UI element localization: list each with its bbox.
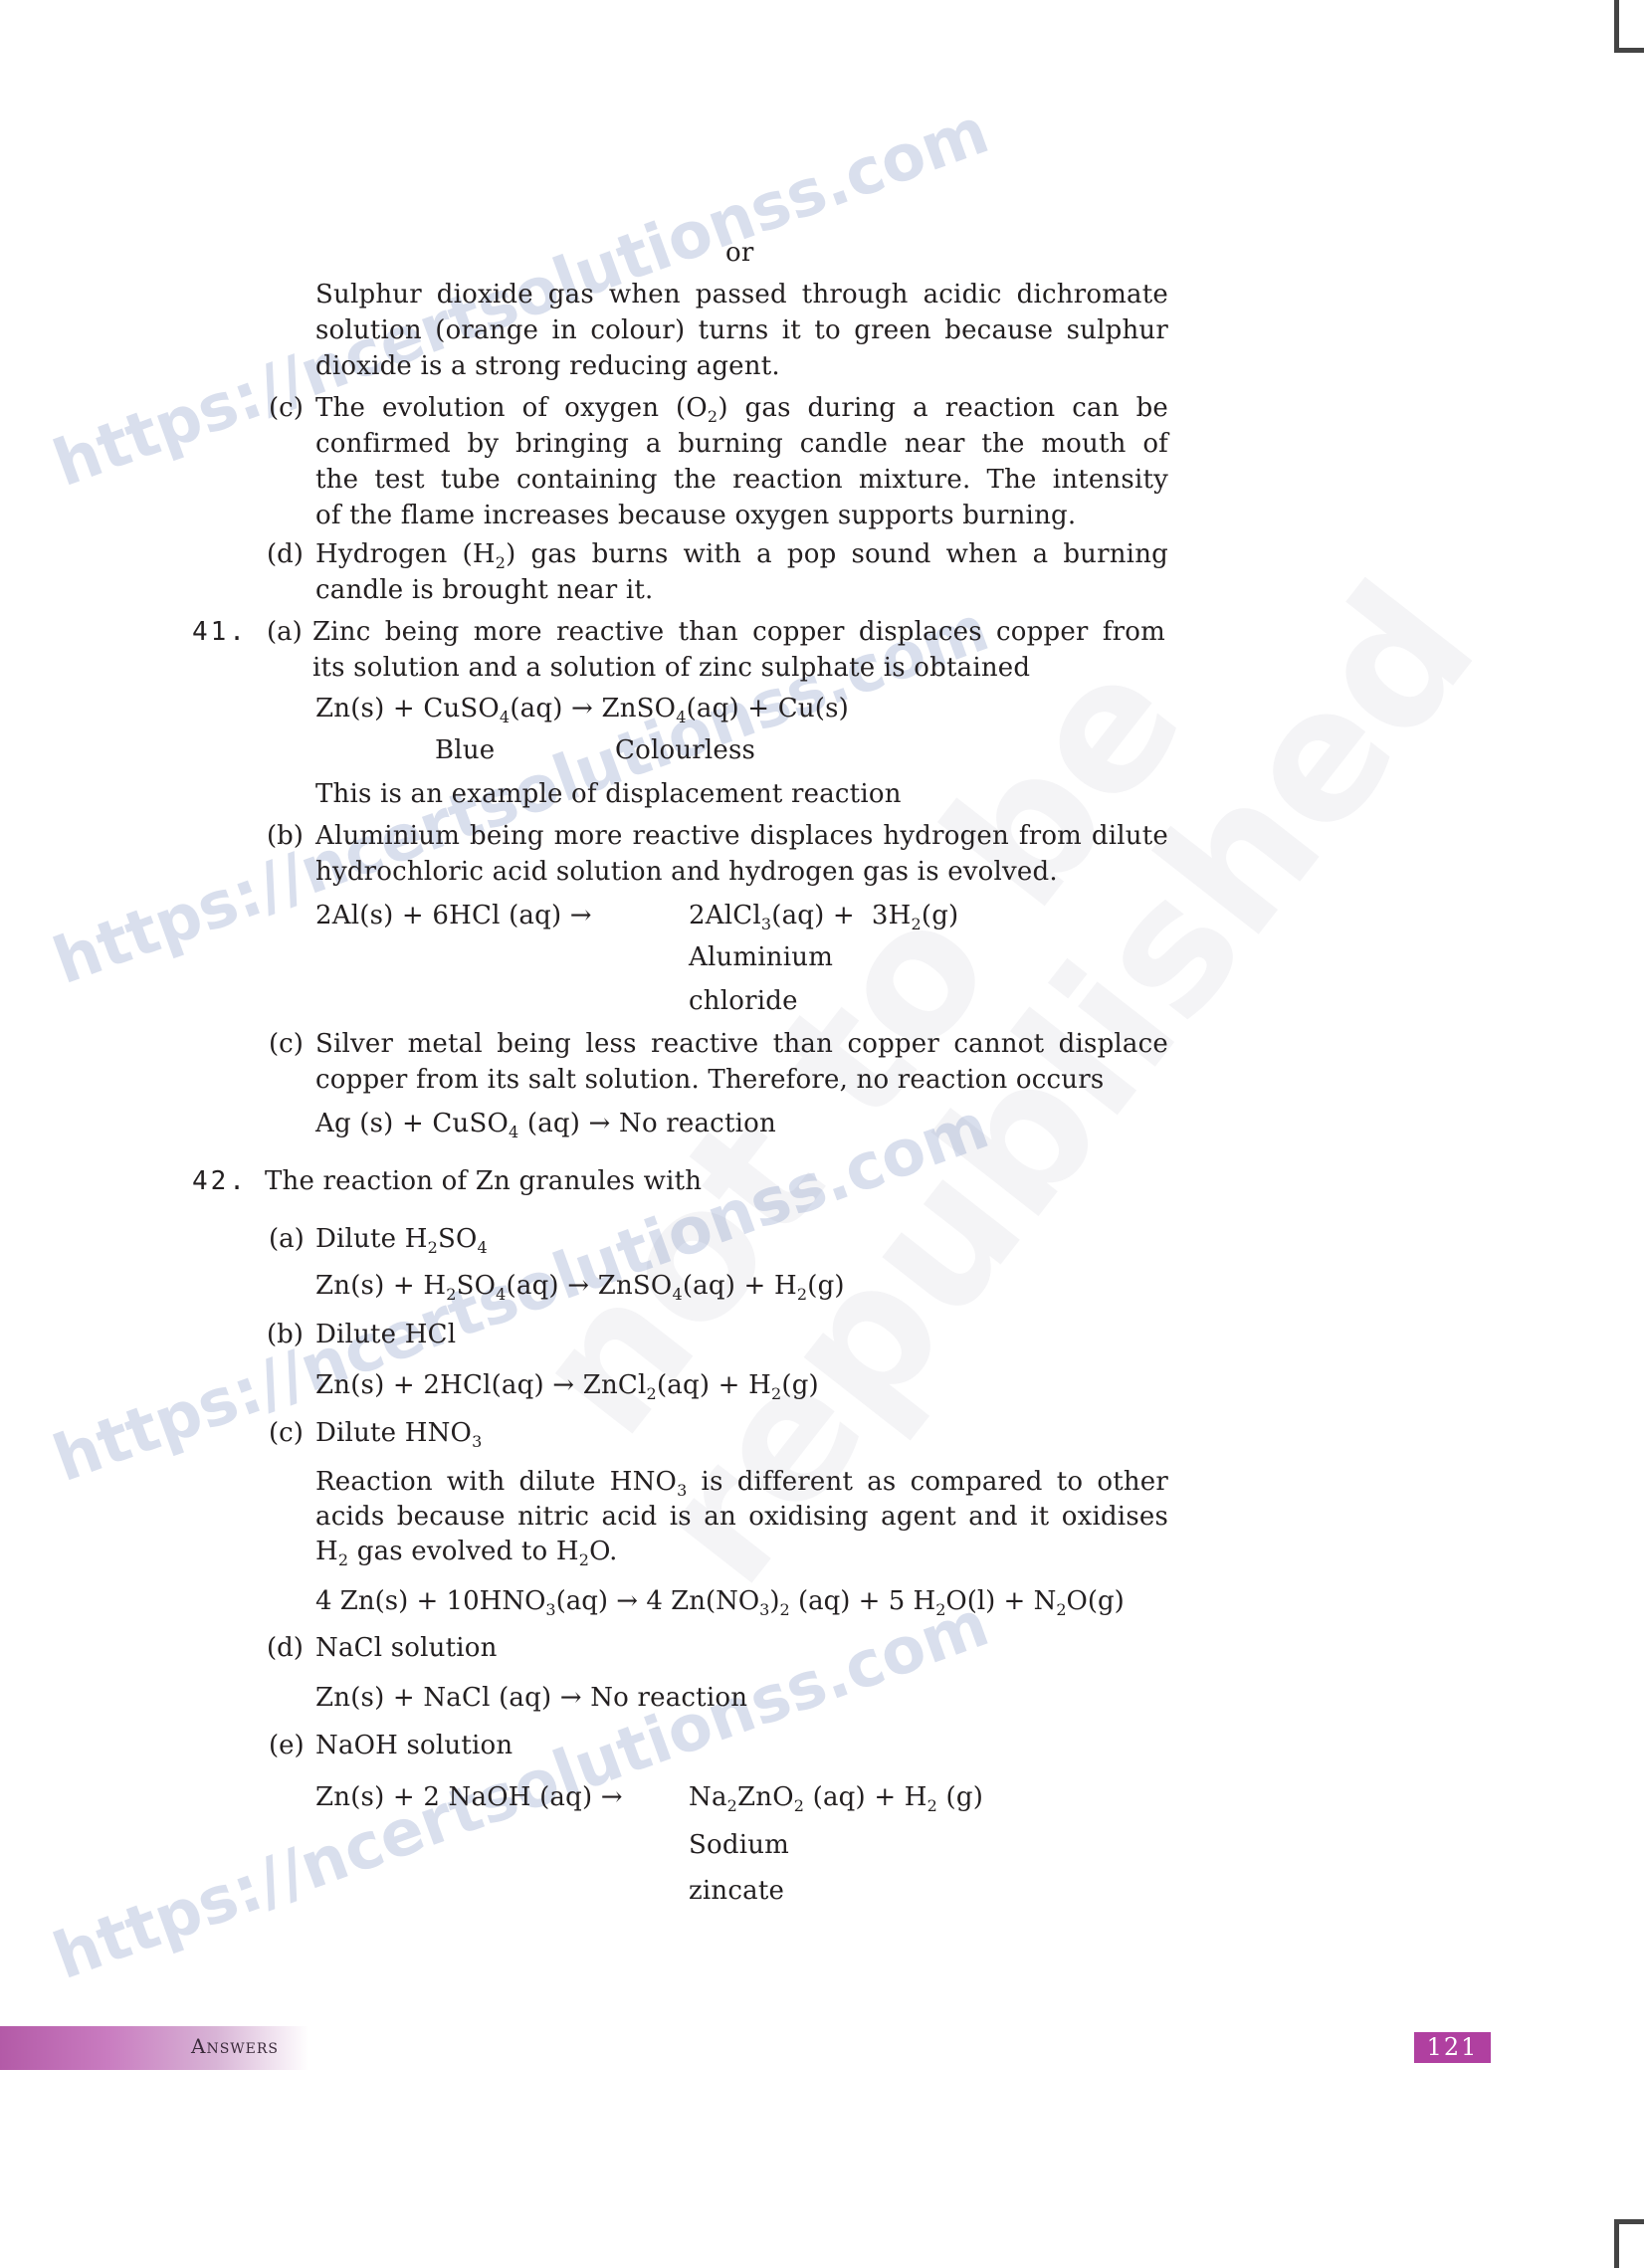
- chemical-equation-left: Zn(s) + 2 NaOH (aq) →: [315, 1779, 623, 1815]
- paragraph-line: solution (orange in colour) turns it to …: [315, 312, 1168, 348]
- item-label: (a): [269, 1221, 305, 1257]
- product-name: Aluminium: [689, 939, 833, 975]
- item-title: Dilute H2SO4: [315, 1221, 488, 1257]
- paragraph-line: This is an example of displacement react…: [315, 776, 902, 812]
- paragraph-line: Silver metal being less reactive than co…: [315, 1026, 1168, 1062]
- paragraph-line: its solution and a solution of zinc sulp…: [312, 650, 1165, 686]
- equation-note: Blue: [435, 732, 495, 768]
- question-number: 41.: [192, 614, 248, 650]
- crop-mark-bottom-right: [1614, 2219, 1644, 2268]
- item-label: (c): [269, 1415, 304, 1451]
- item-label: (d): [267, 1630, 304, 1666]
- item-label: (b): [267, 818, 304, 854]
- paragraph-line: Reaction with dilute HNO3 is different a…: [315, 1464, 1168, 1500]
- item-label: (d): [267, 536, 304, 572]
- question-intro: The reaction of Zn granules with: [265, 1163, 702, 1199]
- crop-mark-top-right: [1614, 0, 1644, 53]
- item-title: NaCl solution: [315, 1630, 498, 1666]
- item-label: (c): [269, 390, 304, 426]
- paragraph-line: hydrochloric acid solution and hydrogen …: [315, 854, 1168, 890]
- chemical-equation-right: Na2ZnO2 (aq) + H2 (g): [689, 1779, 983, 1815]
- paragraph-line: dioxide is a strong reducing agent.: [315, 348, 1168, 384]
- paragraph-line: the test tube containing the reaction mi…: [315, 462, 1168, 498]
- paragraph-line: of the flame increases because oxygen su…: [315, 498, 1168, 533]
- chemical-equation: Zn(s) + H2SO4(aq) → ZnSO4(aq) + H2(g): [315, 1268, 845, 1304]
- paragraph-line: Sulphur dioxide gas when passed through …: [315, 277, 1168, 312]
- paragraph-line: candle is brought near it.: [315, 572, 1168, 608]
- chemical-equation-left: 2Al(s) + 6HCl (aq) →: [315, 898, 592, 933]
- chemical-equation: Zn(s) + CuSO4(aq) → ZnSO4(aq) + Cu(s): [315, 691, 849, 726]
- paragraph-line: H2 gas evolved to H2O.: [315, 1534, 1168, 1569]
- question-number: 42.: [192, 1163, 248, 1199]
- item-title: Dilute HNO3: [315, 1415, 482, 1451]
- chemical-equation-right: 2AlCl3(aq) + 3H2(g): [689, 898, 958, 933]
- product-name: zincate: [689, 1873, 784, 1909]
- product-name: chloride: [689, 983, 798, 1019]
- item-title: NaOH solution: [315, 1728, 513, 1763]
- item-label: (a): [267, 614, 303, 650]
- equation-note: Colourless: [615, 732, 755, 768]
- product-name: Sodium: [689, 1827, 789, 1863]
- item-label: (c): [269, 1026, 304, 1062]
- chemical-equation: 4 Zn(s) + 10HNO3(aq) → 4 Zn(NO3)2 (aq) +…: [315, 1583, 1125, 1619]
- chemical-equation: Zn(s) + NaCl (aq) → No reaction: [315, 1680, 747, 1716]
- paragraph-line: The evolution of oxygen (O2) gas during …: [315, 390, 1168, 426]
- page-number: 121: [1414, 2032, 1491, 2063]
- paragraph-line: Zinc being more reactive than copper dis…: [312, 614, 1165, 650]
- paragraph-line: acids because nitric acid is an oxidisin…: [315, 1499, 1168, 1535]
- chemical-equation: Ag (s) + CuSO4 (aq) → No reaction: [315, 1106, 776, 1141]
- item-label: (b): [267, 1317, 304, 1352]
- paragraph-line: Aluminium being more reactive displaces …: [315, 818, 1168, 854]
- or-separator: or: [725, 235, 753, 271]
- paragraph-line: confirmed by bringing a burning candle n…: [315, 426, 1168, 462]
- footer-section-title: Answers: [191, 2034, 279, 2058]
- item-label: (e): [269, 1728, 305, 1763]
- paragraph-line: copper from its salt solution. Therefore…: [315, 1062, 1168, 1098]
- paragraph-line: Hydrogen (H2) gas burns with a pop sound…: [315, 536, 1168, 572]
- item-title: Dilute HCl: [315, 1317, 456, 1352]
- chemical-equation: Zn(s) + 2HCl(aq) → ZnCl2(aq) + H2(g): [315, 1367, 819, 1403]
